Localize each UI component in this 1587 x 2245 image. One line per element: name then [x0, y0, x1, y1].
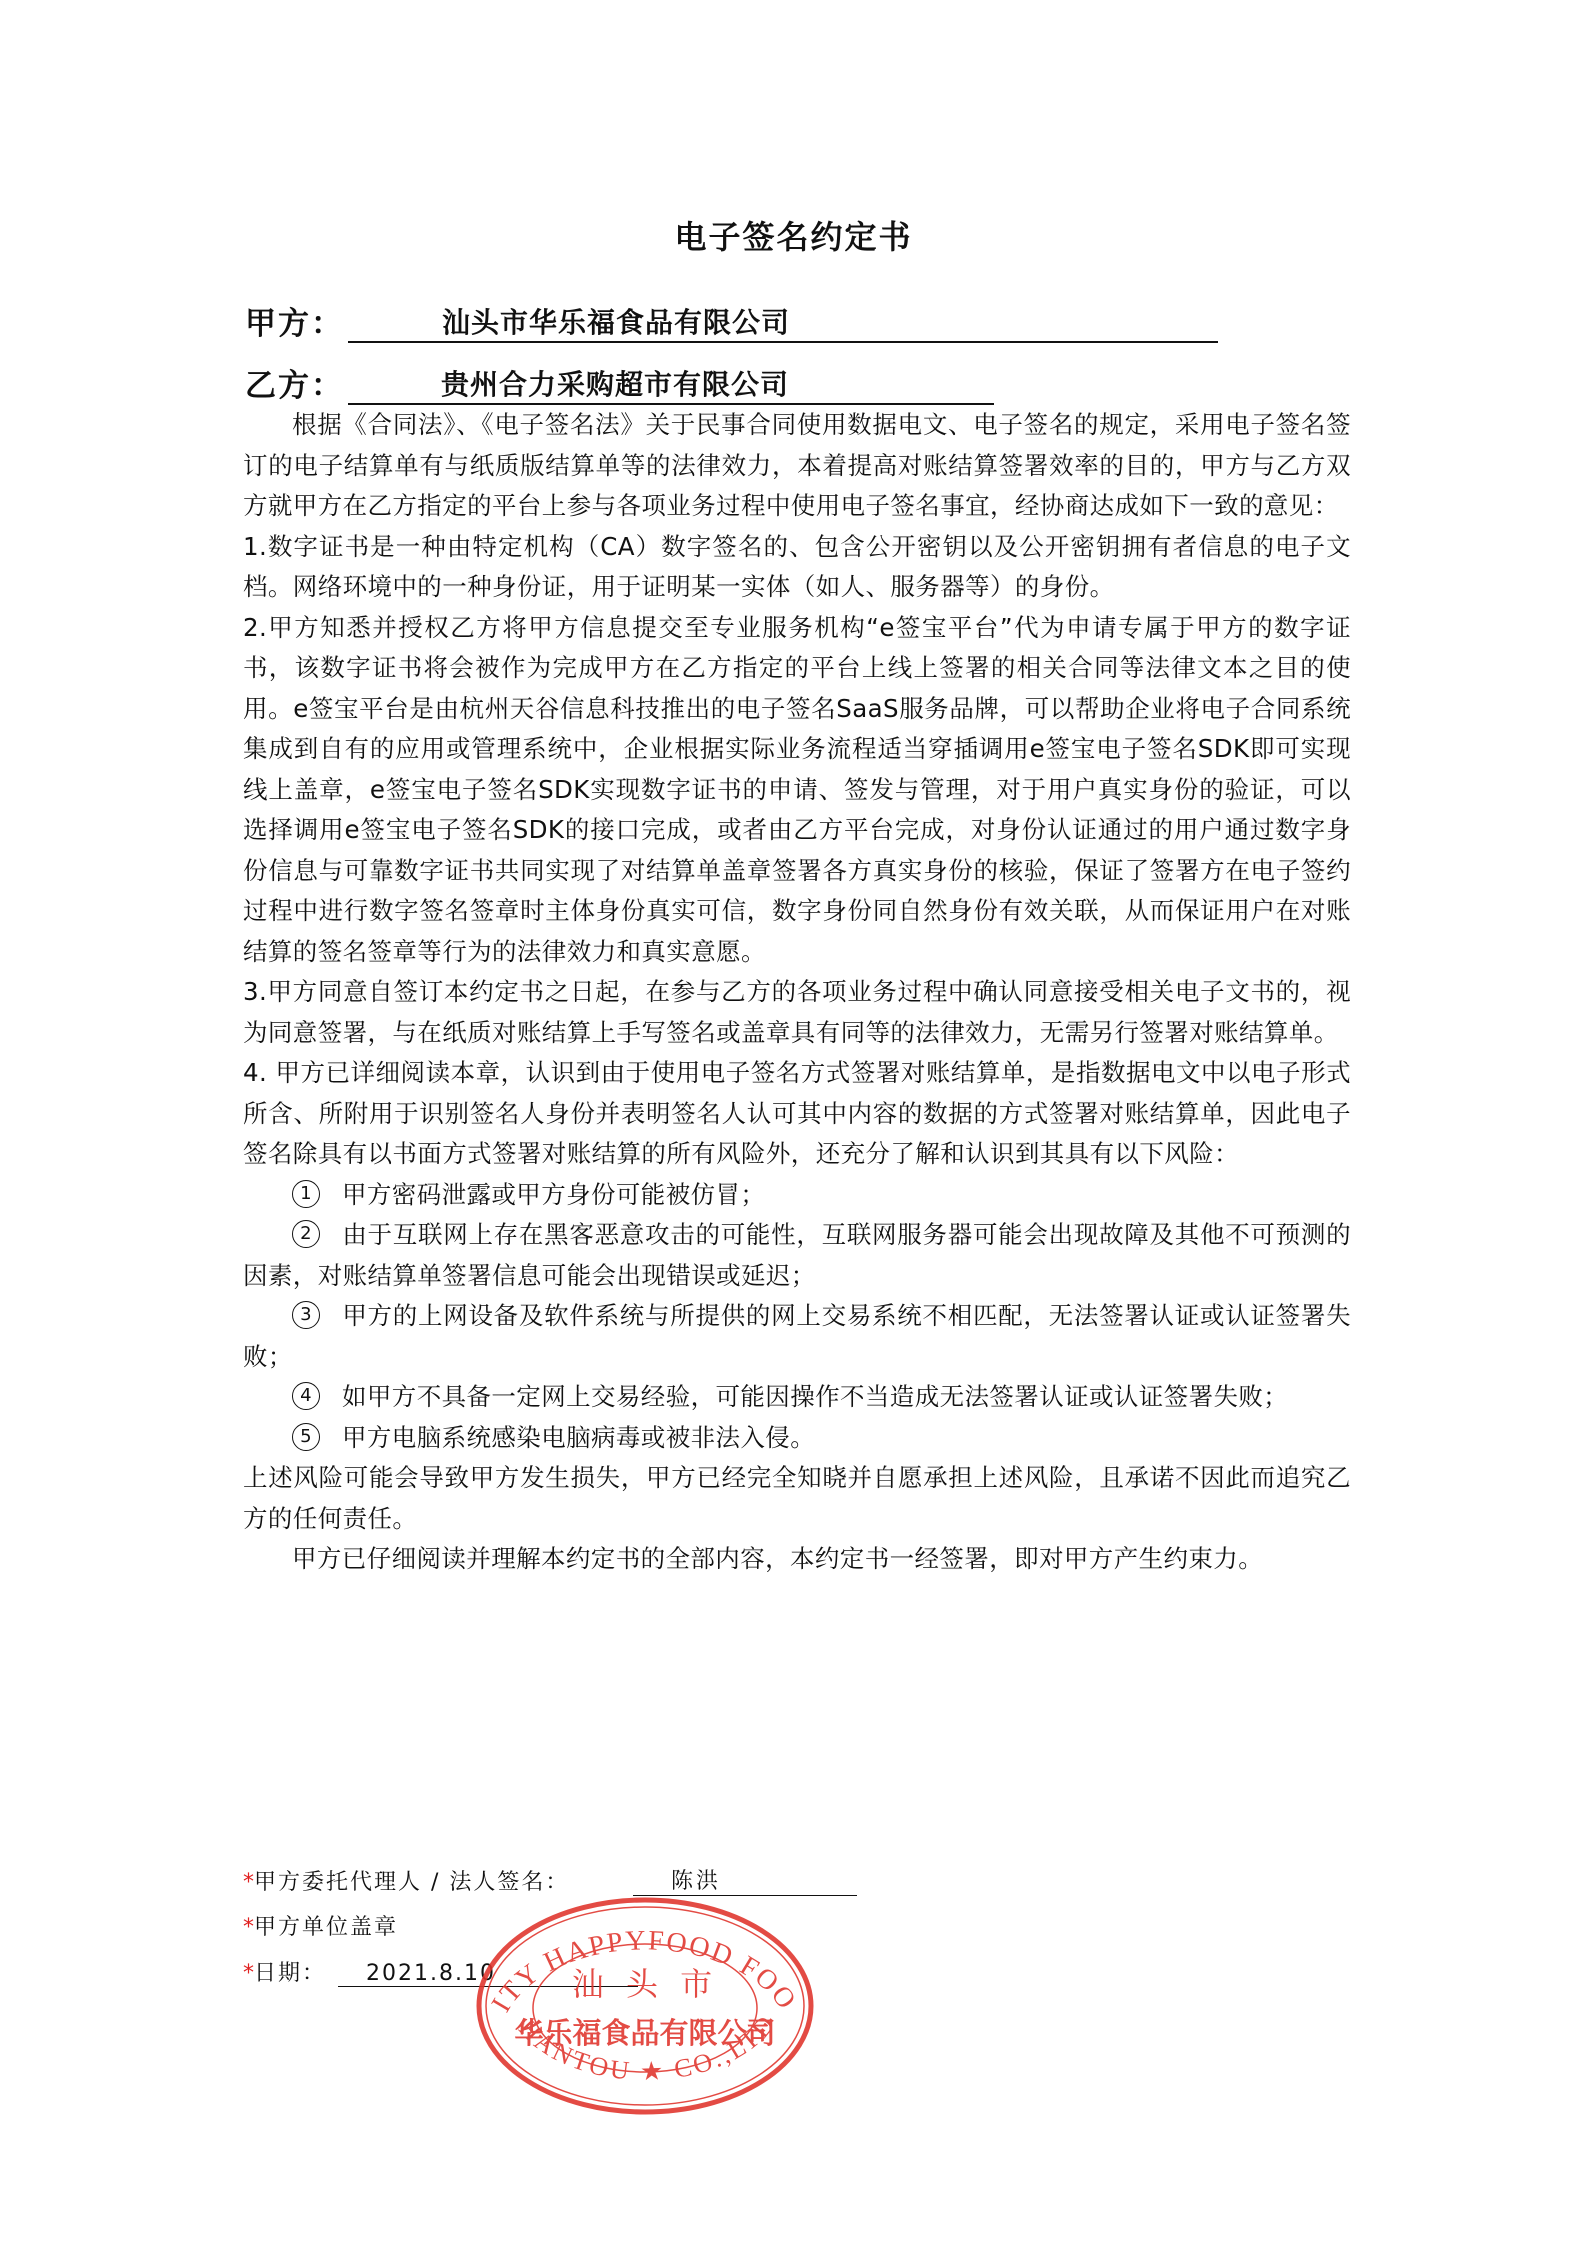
circled-number-1: 1 [292, 1180, 320, 1208]
risk-item-2: 2由于互联网上存在黑客恶意攻击的可能性，互联网服务器可能会出现故障及其他不可预测… [243, 1215, 1351, 1296]
seal-label: 甲方单位盖章 [254, 1915, 398, 1940]
circled-number-5: 5 [292, 1423, 320, 1451]
risk-text-3: 甲方的上网设备及软件系统与所提供的网上交易系统不相匹配，无法签署认证或认证签署失… [243, 1301, 1351, 1371]
date-row: *日期： 2021.8.10 [243, 1956, 326, 1990]
signer-row: *甲方委托代理人 / 法人签名： 陈洪 [243, 1865, 569, 1899]
clause-3: 3.甲方同意自签订本约定书之日起，在参与乙方的各项业务过程中确认同意接受相关电子… [243, 972, 1351, 1053]
clause-4: 4. 甲方已详细阅读本章，认识到由于使用电子签名方式签署对账结算单，是指数据电文… [243, 1053, 1351, 1175]
risk-item-3: 3甲方的上网设备及软件系统与所提供的网上交易系统不相匹配，无法签署认证或认证签署… [243, 1296, 1351, 1377]
party-b-label: 乙方： [245, 360, 344, 405]
company-seal-stamp-icon: CITY HAPPYFOOD FOOD SHANTOU ★ CO.,LTD. 汕… [474, 1895, 816, 2117]
party-a-value: 汕头市华乐福食品有限公司 [442, 301, 790, 341]
risk-conclusion: 上述风险可能会导致甲方发生损失，甲方已经完全知晓并自愿承担上述风险，且承诺不因此… [243, 1458, 1351, 1539]
party-b-row: 乙方： 贵州合力采购超市有限公司 [245, 360, 994, 405]
party-b-field: 贵州合力采购超市有限公司 [348, 363, 994, 405]
closing-paragraph: 甲方已仔细阅读并理解本约定书的全部内容，本约定书一经签署，即对甲方产生约束力。 [243, 1539, 1351, 1580]
risk-text-1: 甲方密码泄露或甲方身份可能被仿冒； [342, 1180, 765, 1209]
intro-paragraph: 根据《合同法》、《电子签名法》关于民事合同使用数据电文、电子签名的规定，采用电子… [243, 405, 1351, 527]
risk-item-5: 5甲方电脑系统感染电脑病毒或被非法入侵。 [243, 1418, 1351, 1459]
risk-item-1: 1甲方密码泄露或甲方身份可能被仿冒； [243, 1175, 1351, 1216]
risk-text-2: 由于互联网上存在黑客恶意攻击的可能性，互联网服务器可能会出现故障及其他不可预测的… [243, 1220, 1351, 1290]
agreement-body: 根据《合同法》、《电子签名法》关于民事合同使用数据电文、电子签名的规定，采用电子… [243, 405, 1351, 1580]
required-asterisk: * [243, 1961, 254, 1986]
risk-item-4: 4如甲方不具备一定网上交易经验，可能因操作不当造成无法签署认证或认证签署失败； [243, 1377, 1351, 1418]
document-page: 电子签名约定书 甲方： 汕头市华乐福食品有限公司 乙方： 贵州合力采购超市有限公… [0, 0, 1587, 2245]
party-a-row: 甲方： 汕头市华乐福食品有限公司 [245, 298, 1218, 343]
clause-1: 1.数字证书是一种由特定机构（CA）数字签名的、包含公开密钥以及公开密钥拥有者信… [243, 527, 1351, 608]
seal-row: *甲方单位盖章 [243, 1910, 398, 1944]
party-b-value: 贵州合力采购超市有限公司 [441, 363, 789, 403]
circled-number-3: 3 [292, 1301, 320, 1329]
signer-label: 甲方委托代理人 / 法人签名： [254, 1870, 569, 1895]
circled-number-2: 2 [292, 1220, 320, 1248]
circled-number-4: 4 [292, 1382, 320, 1410]
document-title: 电子签名约定书 [0, 212, 1587, 258]
risk-text-4: 如甲方不具备一定网上交易经验，可能因操作不当造成无法签署认证或认证签署失败； [342, 1382, 1288, 1411]
date-label: 日期： [254, 1961, 326, 1986]
clause-2: 2.甲方知悉并授权乙方将甲方信息提交至专业服务机构“e签宝平台”代为申请专属于甲… [243, 608, 1351, 973]
required-asterisk: * [243, 1870, 254, 1895]
signer-field: 陈洪 [633, 1865, 857, 1896]
party-a-field: 汕头市华乐福食品有限公司 [348, 301, 1218, 343]
required-asterisk: * [243, 1915, 254, 1940]
risk-text-5: 甲方电脑系统感染电脑病毒或被非法入侵。 [342, 1423, 815, 1452]
party-a-label: 甲方： [245, 298, 344, 343]
signer-name: 陈洪 [671, 1864, 721, 1895]
stamp-company-text: 华乐福食品有限公司 [514, 2016, 775, 2050]
stamp-city-text: 汕 头 市 [572, 1965, 718, 2003]
